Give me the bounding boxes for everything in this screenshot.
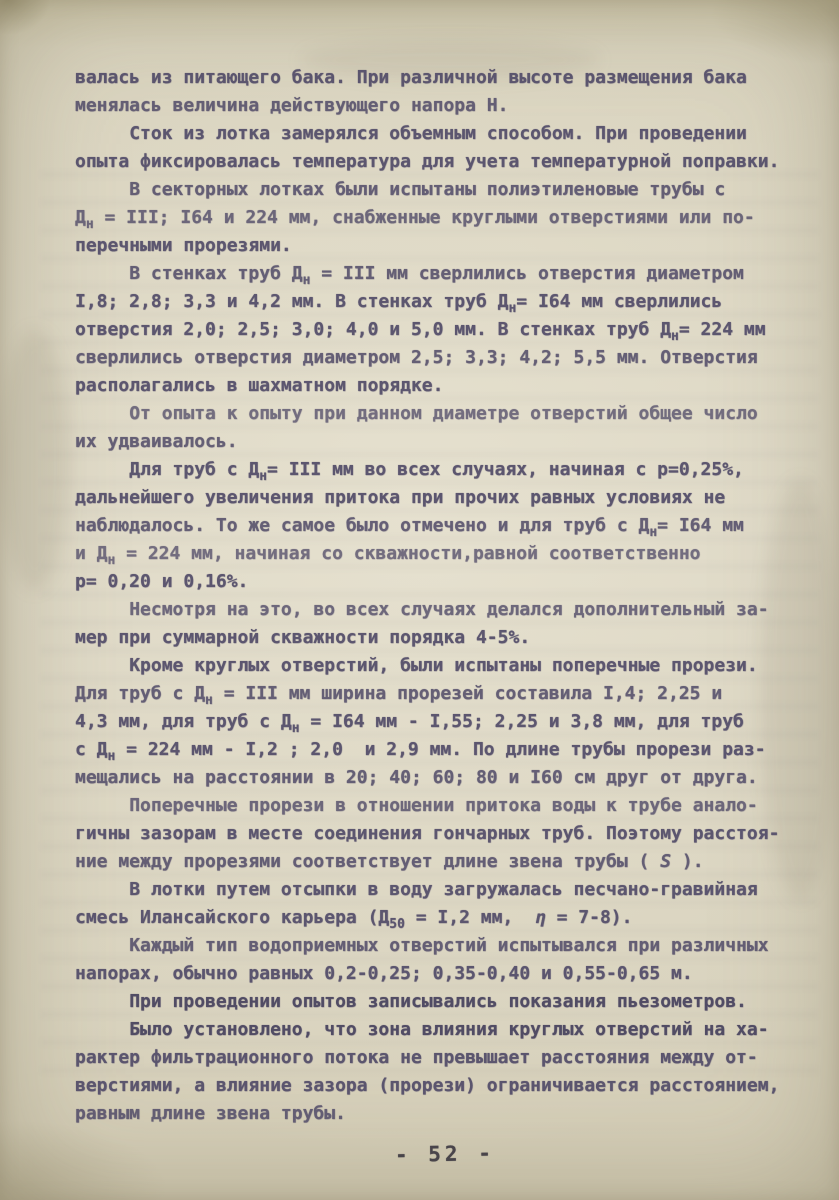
text-line: Было установлено, что зона влияния кругл… xyxy=(75,1016,795,1044)
text-line: ние между прорезями соответствует длине … xyxy=(75,848,795,876)
text-line: валась из питающего бака. При различной … xyxy=(75,64,795,92)
text-line: опыта фиксировалась температура для учет… xyxy=(75,148,795,176)
text-line: смесь Илансайского карьера (Д50 = I,2 мм… xyxy=(75,904,795,932)
scanned-document-page: { "document": { "kind": "scanned-typewri… xyxy=(0,0,839,1200)
text-line: и Дн = 224 мм, начиная со скважности,рав… xyxy=(75,540,795,568)
text-line: Несмотря на это, во всех случаях делался… xyxy=(75,596,795,624)
text-line: перечными прорезями. xyxy=(75,232,795,260)
text-line: I,8; 2,8; 3,3 и 4,2 мм. В стенках труб Д… xyxy=(75,288,795,316)
text-line: р= 0,20 и 0,16%. xyxy=(75,568,795,596)
text-line: рактер фильтрационного потока не превыша… xyxy=(75,1044,795,1072)
text-line: с Дн = 224 мм - I,2 ; 2,0 и 2,9 мм. По д… xyxy=(75,736,795,764)
text-line: сверлились отверстия диаметром 2,5; 3,3;… xyxy=(75,344,795,372)
text-line: гичны зазорам в месте соединения гончарн… xyxy=(75,820,795,848)
text-line: дальнейшего увеличения притока при прочи… xyxy=(75,484,795,512)
text-line: мер при суммарной скважности порядка 4-5… xyxy=(75,624,795,652)
text-line: В секторных лотках были испытаны полиэти… xyxy=(75,176,795,204)
page-text: валась из питающего бака. При различной … xyxy=(75,64,795,1128)
text-line: располагались в шахматном порядке. xyxy=(75,372,795,400)
text-line: менялась величина действующего напора Н. xyxy=(75,92,795,120)
text-line: напорах, обычно равных 0,2-0,25; 0,35-0,… xyxy=(75,960,795,988)
text-line: Для труб с Дн = III мм ширина прорезей с… xyxy=(75,680,795,708)
text-line: мещались на расстоянии в 20; 40; 60; 80 … xyxy=(75,764,795,792)
text-line: Сток из лотка замерялся объемным способо… xyxy=(75,120,795,148)
text-line: верстиями, а влияние зазора (прорези) ог… xyxy=(75,1072,795,1100)
text-line: Для труб с Дн= III мм во всех случаях, н… xyxy=(75,456,795,484)
text-line: наблюдалось. То же самое было отмечено и… xyxy=(75,512,795,540)
text-line: Поперечные прорези в отношении притока в… xyxy=(75,792,795,820)
text-line: От опыта к опыту при данном диаметре отв… xyxy=(75,400,795,428)
text-line: В лотки путем отсыпки в воду загружалась… xyxy=(75,876,795,904)
text-line: отверстия 2,0; 2,5; 3,0; 4,0 и 5,0 мм. В… xyxy=(75,316,795,344)
text-line: 4,3 мм, для труб с Дн = I64 мм - I,55; 2… xyxy=(75,708,795,736)
text-line: Дн = III; I64 и 224 мм, снабженные кругл… xyxy=(75,204,795,232)
text-line: В стенках труб Дн = III мм сверлились от… xyxy=(75,260,795,288)
text-line: их удваивалось. xyxy=(75,428,795,456)
text-line: равным длине звена трубы. xyxy=(75,1100,795,1128)
text-line: Каждый тип водоприемных отверстий испыты… xyxy=(75,932,795,960)
text-line: Кроме круглых отверстий, были испытаны п… xyxy=(75,652,795,680)
text-line: При проведении опытов записывались показ… xyxy=(75,988,795,1016)
